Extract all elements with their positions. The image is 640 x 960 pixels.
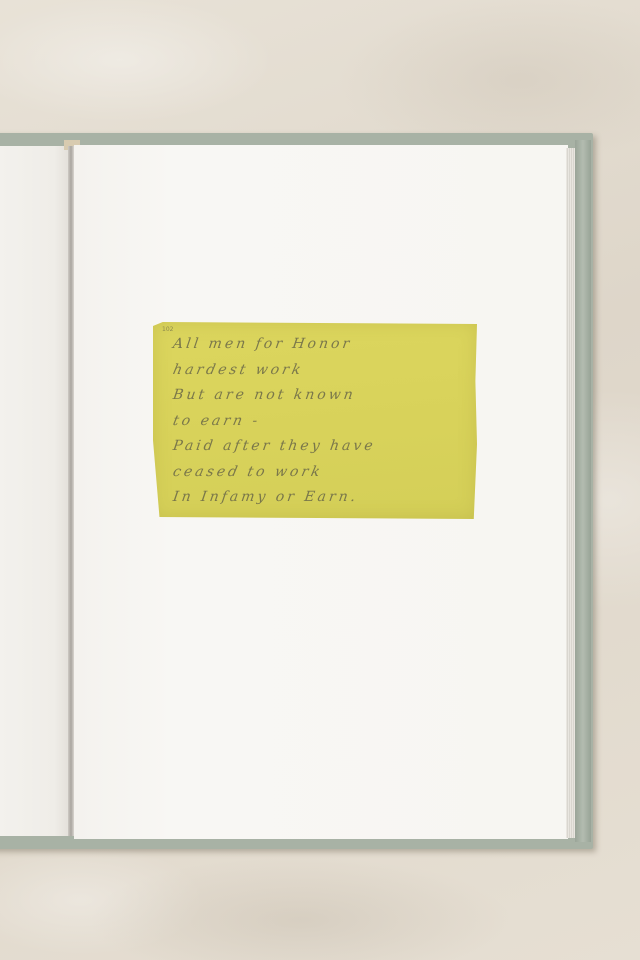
book-cover-edge <box>575 140 591 842</box>
page-edges <box>566 148 575 838</box>
note-line: But are not known <box>171 383 471 409</box>
note-line: to earn - <box>170 409 471 435</box>
note-text: All men for Honor hardest work But are n… <box>173 332 469 511</box>
note-mark: 102 <box>162 326 173 333</box>
note-line: Paid after they have <box>171 434 471 460</box>
note-line: hardest work <box>170 358 471 384</box>
note-line: All men for Honor <box>171 332 471 358</box>
note-line: In Infamy or Earn. <box>171 485 471 511</box>
left-page <box>0 146 68 836</box>
note-line: ceased to work <box>170 460 471 486</box>
handwritten-note: 102 All men for Honor hardest work But a… <box>153 322 477 519</box>
